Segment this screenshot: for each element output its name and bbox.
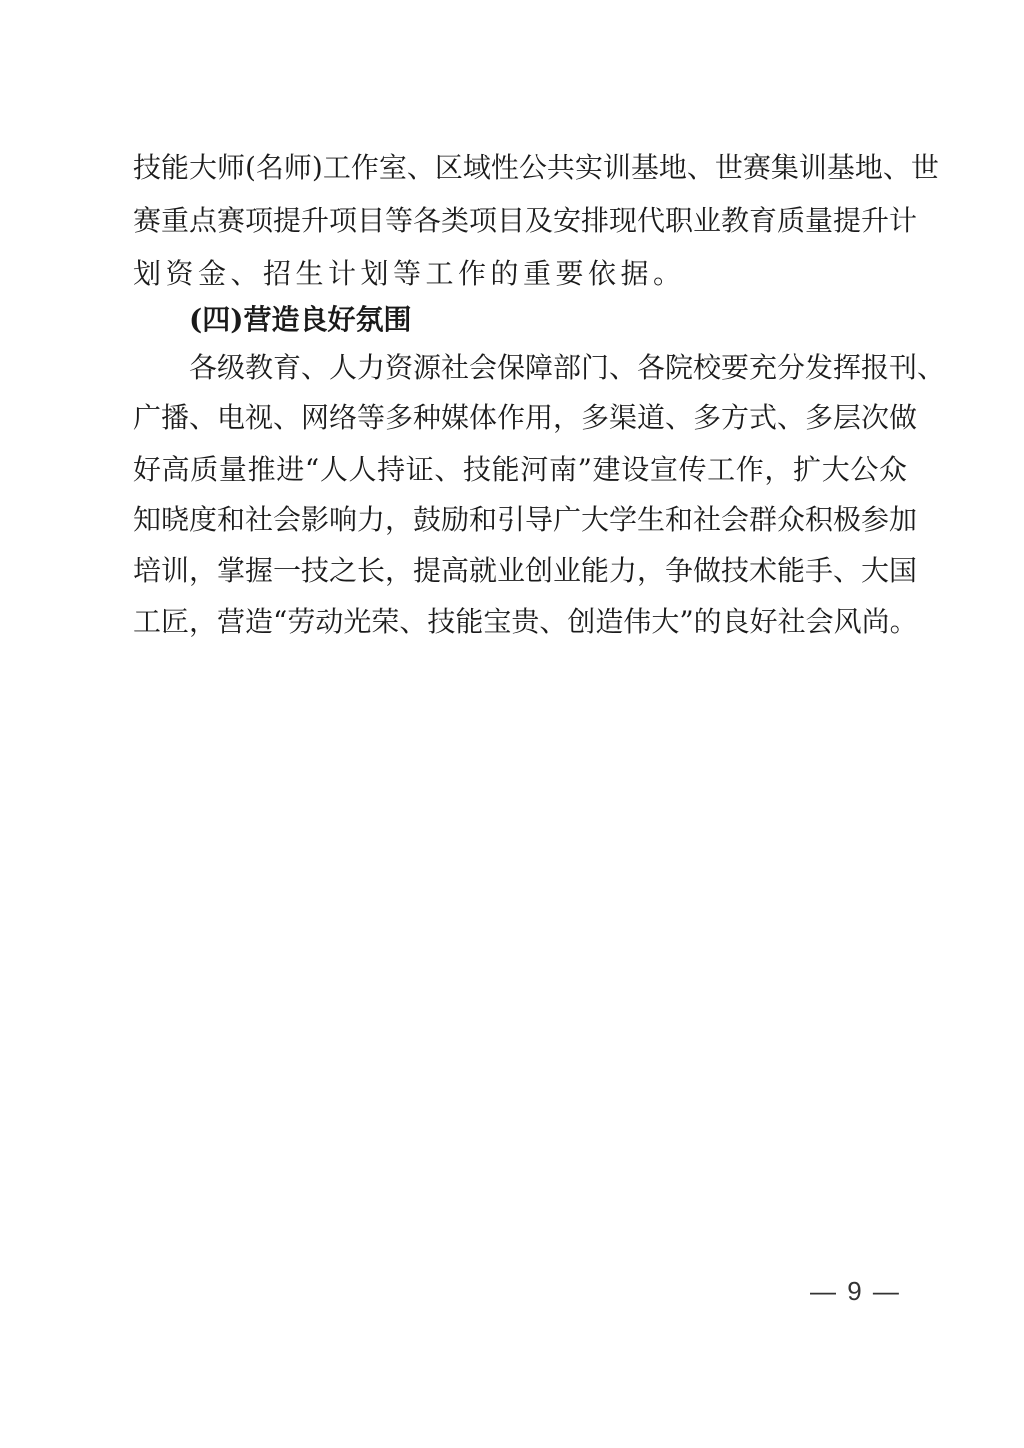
paragraph-line: 赛重点赛项提升项目等各类项目及安排现代职业教育质量提升计: [133, 201, 907, 241]
paragraph-line: 知晓度和社会影响力，鼓励和引导广大学生和社会群众积极参加: [133, 500, 907, 540]
paragraph-line: 培训，掌握一技之长，提高就业创业能力，争做技术能手、大国: [133, 551, 907, 591]
paragraph-line: 工匠，营造“劳动光荣、技能宝贵、创造伟大”的良好社会风尚。: [133, 602, 907, 642]
paragraph-line: 技能大师(名师)工作室、区域性公共实训基地、世赛集训基地、世: [133, 148, 907, 188]
paragraph-line: 好高质量推进“人人持证、技能河南”建设宣传工作，扩大公众: [133, 450, 907, 490]
page-number: — 9 —: [810, 1275, 910, 1307]
paragraph-line: 广播、电视、网络等多种媒体作用，多渠道、多方式、多层次做: [133, 398, 907, 438]
section-heading: (四)营造良好氛围: [189, 300, 412, 340]
paragraph-line: 划资金、招生计划等工作的重要依据。: [133, 254, 907, 294]
paragraph-line: 各级教育、人力资源社会保障部门、各院校要充分发挥报刊、: [189, 348, 907, 388]
document-page: 技能大师(名师)工作室、区域性公共实训基地、世赛集训基地、世 赛重点赛项提升项目…: [0, 0, 1024, 1448]
